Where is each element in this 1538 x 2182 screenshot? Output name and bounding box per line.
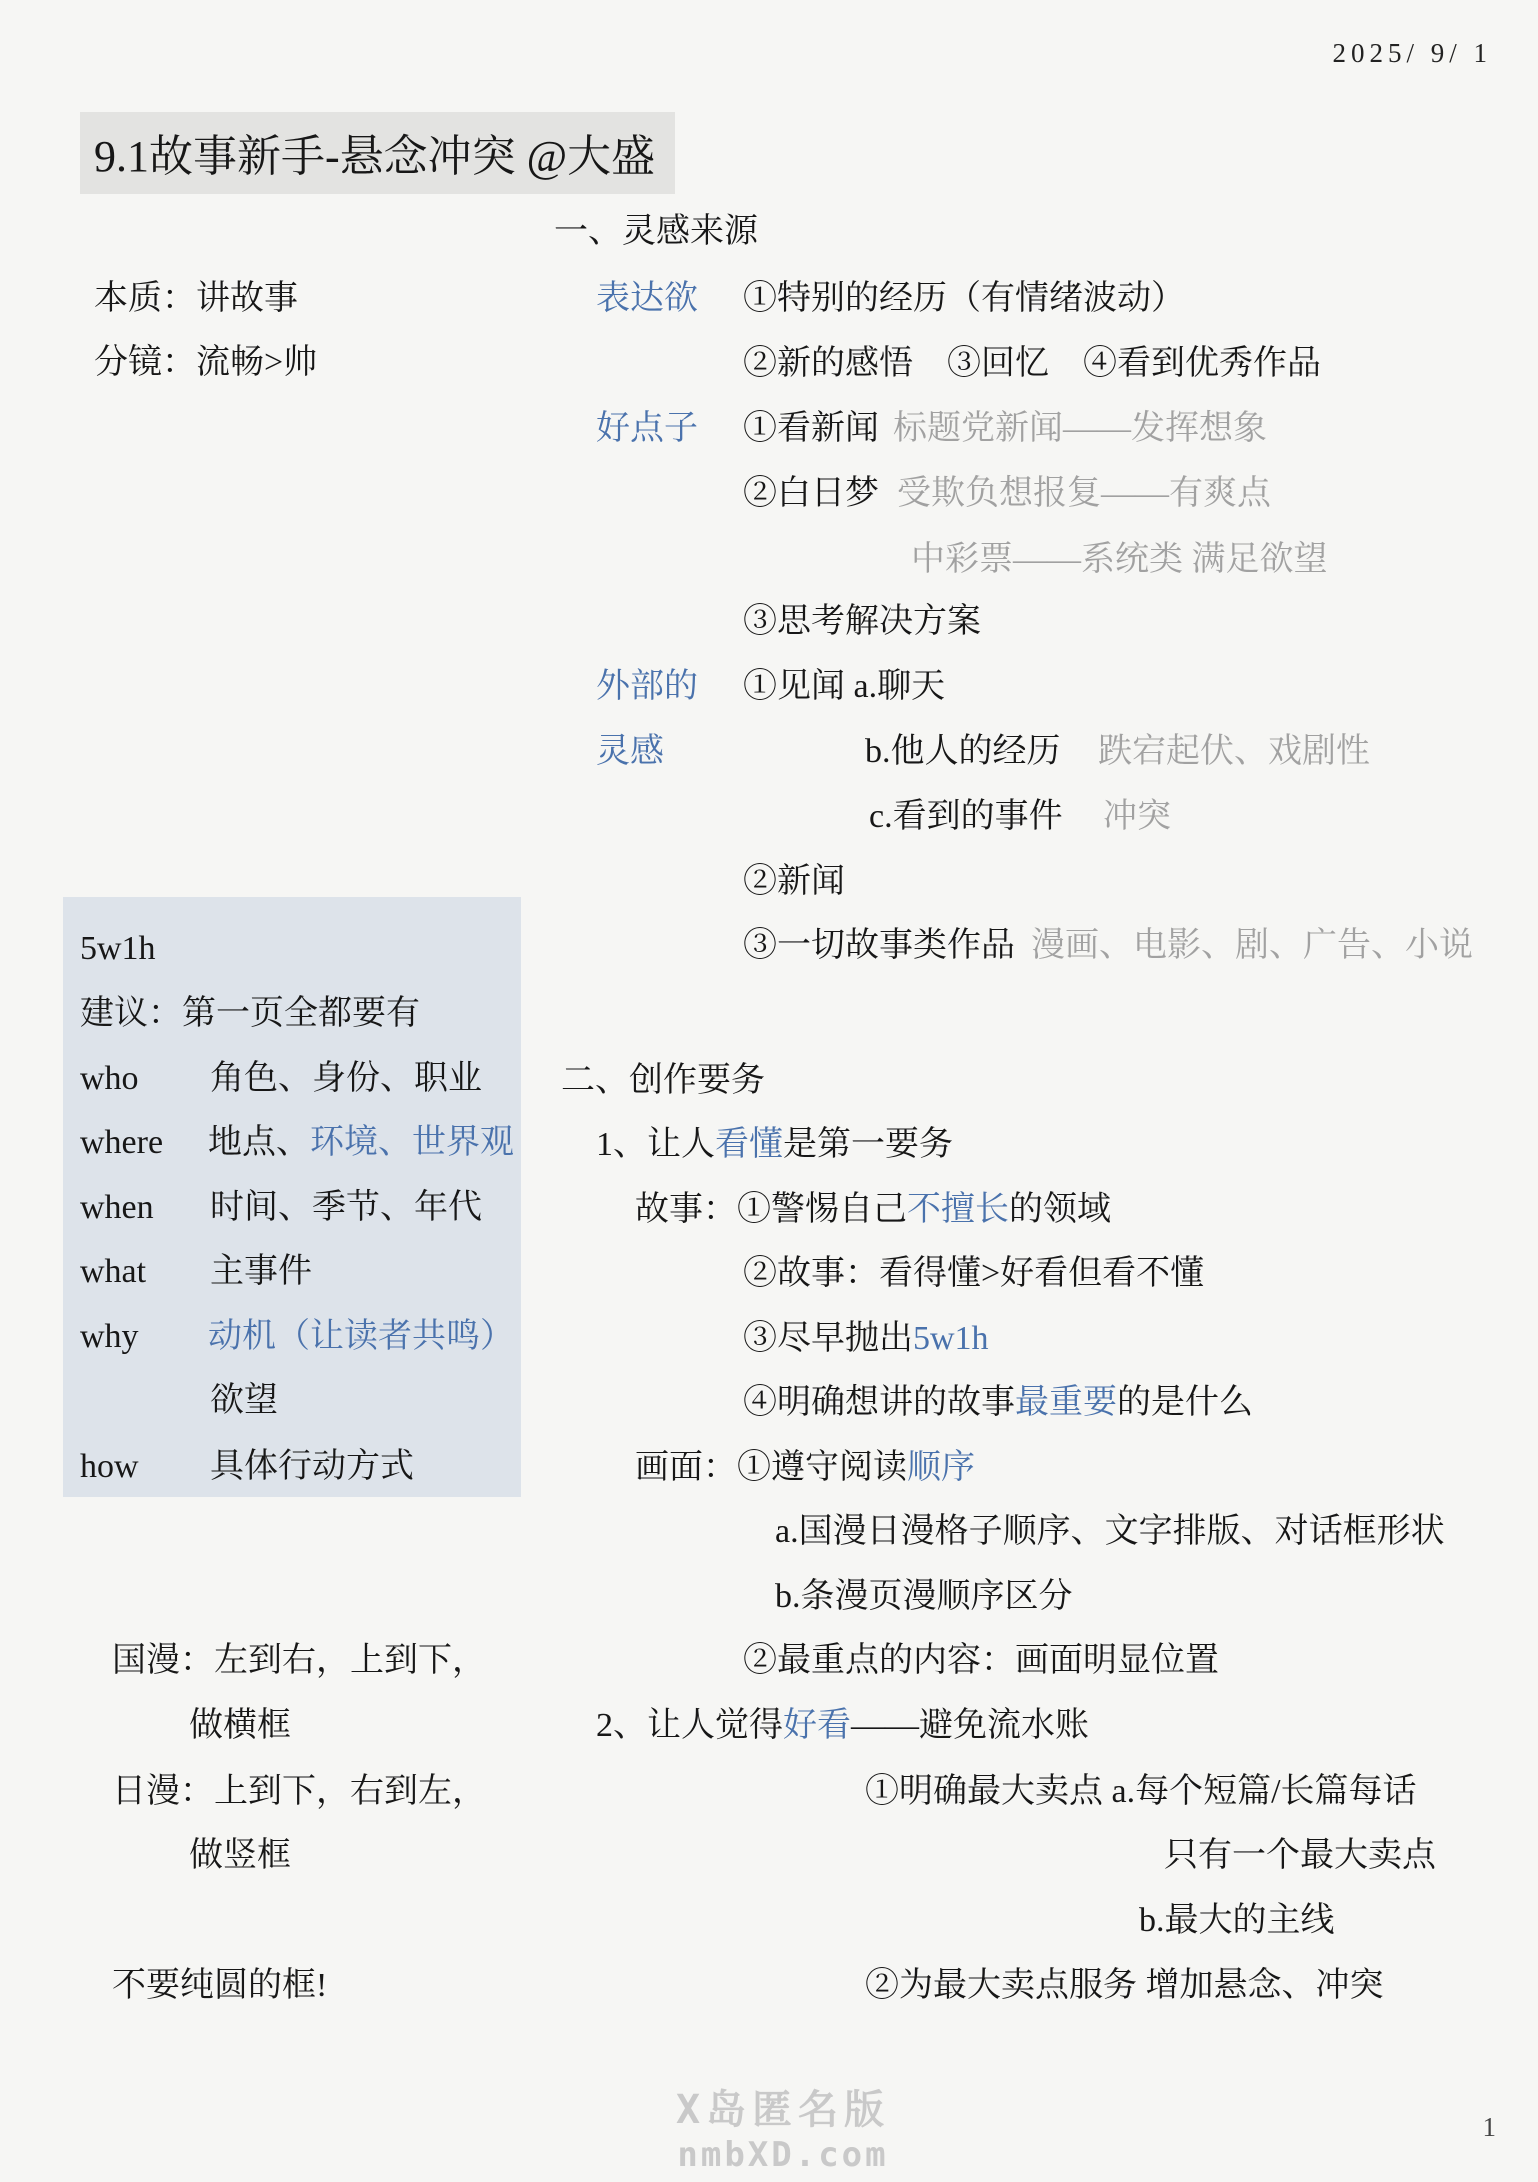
external-item-1b-note: 跌宕起伏、戏剧性	[1098, 731, 1370, 774]
rule2-b: 好看	[783, 1707, 851, 1744]
rule2-line: 2、让人觉得好看——避免流水账	[596, 1705, 1089, 1748]
section2-heading: 二、创作要务	[561, 1060, 765, 1103]
box5-why-key: why	[80, 1316, 139, 1359]
screen-sub-b: b.条漫页漫顺序区分	[775, 1576, 1073, 1619]
box5-who-val: 角色、身份、职业	[210, 1058, 482, 1101]
express-item-2: ②新的感悟 ③回忆 ④看到优秀作品	[743, 343, 1321, 386]
page-number: 1	[1483, 2112, 1497, 2143]
story-1b: 不擅长	[907, 1191, 1009, 1228]
box5-title: 5w1h	[80, 928, 156, 971]
rule1-a: 1、让人	[596, 1126, 715, 1163]
box5-where-val-plain: 地点、	[208, 1124, 310, 1161]
screen-sub-a: a.国漫日漫格子顺序、文字排版、对话框形状	[775, 1511, 1445, 1554]
idea-item-3: ③思考解决方案	[743, 601, 981, 644]
story-3a: ③尽早抛出	[743, 1320, 913, 1357]
note-title-highlight: 9.1故事新手-悬念冲突 @大盛	[80, 112, 675, 194]
guoman-line-1: 国漫：左到右，上到下，	[112, 1640, 486, 1683]
rule1-c: 是第一要务	[783, 1126, 953, 1163]
label-express-desire: 表达欲	[596, 278, 698, 321]
watermark-line2: nmbXD.com	[618, 2135, 948, 2175]
screen-1a: 画面：①遵守阅读	[635, 1449, 907, 1486]
box5-where-val-accent: 环境、世界观	[310, 1124, 514, 1161]
story-1a: 故事：①警惕自己	[635, 1191, 907, 1228]
box5-why-val: 动机（让读者共鸣）	[208, 1316, 514, 1359]
external-item-1b: b.他人的经历	[865, 731, 1061, 774]
story-line-2: ②故事：看得懂>好看但看不懂	[743, 1253, 1204, 1296]
box5-how-val: 具体行动方式	[210, 1446, 414, 1489]
note-essence: 本质：讲故事	[94, 278, 298, 321]
external-item-1c-note: 冲突	[1103, 796, 1171, 839]
story-line-3: ③尽早抛出5w1h	[743, 1318, 989, 1361]
idea-item-2: ②白日梦	[743, 473, 879, 516]
box5-where-val: 地点、环境、世界观	[208, 1122, 514, 1165]
box5-advice: 建议：第一页全都要有	[80, 993, 420, 1036]
idea-item-2-note: 受欺负想报复——有爽点	[897, 473, 1271, 516]
date-label: 2025/ 9/ 1	[1332, 38, 1492, 69]
label-external-2: 灵感	[596, 731, 664, 774]
note-title: 9.1故事新手-悬念冲突 @大盛	[94, 132, 655, 181]
riman-line-1: 日漫：上到下，右到左，	[112, 1771, 486, 1814]
watermark-line1: X岛匿名版	[618, 2078, 948, 2135]
box5-what-val: 主事件	[210, 1251, 312, 1294]
box5-what-key: what	[80, 1251, 146, 1294]
idea-item-2-note2: 中彩票——系统类 满足欲望	[911, 539, 1328, 582]
note-page: 2025/ 9/ 1 9.1故事新手-悬念冲突 @大盛 本质：讲故事 分镜：流畅…	[0, 0, 1538, 2182]
box5-how-key: how	[80, 1446, 139, 1489]
box5-when-val: 时间、季节、年代	[210, 1187, 482, 1230]
box5-when-key: when	[80, 1187, 154, 1230]
story-4a: ④明确想讲的故事	[743, 1384, 1015, 1421]
note-storyboard: 分镜：流畅>帅	[94, 342, 317, 385]
label-good-idea: 好点子	[596, 408, 698, 451]
sell-line-1b: 只有一个最大卖点	[1164, 1835, 1436, 1878]
label-external-1: 外部的	[596, 666, 698, 709]
box5-why-val2: 欲望	[210, 1380, 278, 1423]
box5-who-key: who	[80, 1058, 139, 1101]
rule2-c: ——避免流水账	[851, 1707, 1089, 1744]
story-4b: 最重要	[1015, 1384, 1117, 1421]
box5-where-key: where	[80, 1122, 163, 1165]
rule1-line: 1、让人看懂是第一要务	[596, 1124, 953, 1167]
express-item-1: ①特别的经历（有情绪波动）	[743, 278, 1185, 321]
watermark: X岛匿名版 nmbXD.com	[618, 2078, 948, 2175]
sell-line-1c: b.最大的主线	[1139, 1900, 1335, 1943]
guoman-line-2: 做横框	[189, 1705, 291, 1748]
screen-1b: 顺序	[907, 1449, 975, 1486]
external-item-1: ①见闻 a.聊天	[743, 666, 945, 709]
story-line-1: 故事：①警惕自己不擅长的领域	[635, 1189, 1111, 1232]
idea-item-1: ①看新闻	[743, 408, 879, 451]
rule1-b: 看懂	[715, 1126, 783, 1163]
sell-line-1: ①明确最大卖点 a.每个短篇/长篇每话	[865, 1771, 1417, 1814]
sell-line-2: ②为最大卖点服务 增加悬念、冲突	[865, 1965, 1384, 2008]
story-4c: 的是什么	[1117, 1384, 1253, 1421]
external-item-3-note: 漫画、电影、剧、广告、小说	[1031, 925, 1473, 968]
external-item-2: ②新闻	[743, 861, 845, 904]
rule2-a: 2、让人觉得	[596, 1707, 783, 1744]
external-item-1c: c.看到的事件	[869, 796, 1063, 839]
riman-line-2: 做竖框	[189, 1835, 291, 1878]
story-3b: 5w1h	[913, 1320, 989, 1357]
frame-warning: 不要纯圆的框!	[112, 1965, 327, 2008]
screen-line-2: ②最重点的内容：画面明显位置	[743, 1640, 1219, 1683]
section1-heading: 一、灵感来源	[554, 211, 758, 254]
story-line-4: ④明确想讲的故事最重要的是什么	[743, 1382, 1253, 1425]
screen-line-1: 画面：①遵守阅读顺序	[635, 1447, 975, 1490]
idea-item-1-note: 标题党新闻——发挥想象	[893, 408, 1267, 451]
story-1c: 的领域	[1009, 1191, 1111, 1228]
external-item-3: ③一切故事类作品	[743, 925, 1015, 968]
